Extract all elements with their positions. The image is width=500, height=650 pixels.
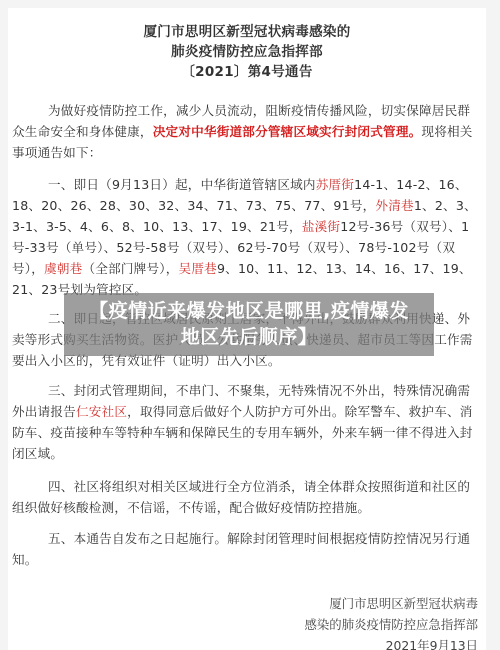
title-line-2: 肺炎疫情防控应急指挥部 [8, 42, 486, 62]
street-name: 外清巷 [375, 198, 413, 213]
signature-block: 厦门市思明区新型冠状病毒 感染的肺炎疫情防控应急指挥部 2021年9月13日 [305, 593, 478, 650]
notice-number: 〔2021〕第4号通告 [8, 62, 486, 82]
section-4: 四、社区将组织对相关区域进行全方位消杀，请全体群众按照街道和社区的组织做好核酸检… [12, 476, 480, 518]
section-1: 一、即日（9月13日）起，中华街道管辖区域内苏厝街14-1、14-2、16、18… [12, 174, 480, 300]
street-name: 苏厝街 [316, 177, 354, 192]
section-5: 五、本通告自发布之日起施行。解除封闭管理时间根据疫情防控情况另行通知。 [12, 528, 480, 570]
signature-date: 2021年9月13日 [305, 635, 478, 650]
headline-overlay-banner: 【疫情近来爆发地区是哪里,疫情爆发 地区先后顺序】 [64, 293, 434, 356]
street-name: 吴厝巷 [179, 261, 217, 276]
street-name: 盐溪街 [302, 219, 340, 234]
signature-line-1: 厦门市思明区新型冠状病毒 [305, 593, 478, 614]
closure-decision: 决定对中华街道部分管辖区域实行封闭式管理。 [153, 124, 422, 139]
intro-paragraph: 为做好疫情防控工作，减少人员流动，阻断疫情传播风险，切实保障居民群众生命安全和身… [12, 100, 480, 163]
community-name: 仁安社区 [76, 404, 127, 419]
section-3: 三、封闭式管理期间，不串门、不聚集，无特殊情况不外出，特殊情况确需外出请报告仁安… [12, 380, 480, 464]
document-header: 厦门市思明区新型冠状病毒感染的 肺炎疫情防控应急指挥部 〔2021〕第4号通告 [8, 22, 486, 82]
signature-line-2: 感染的肺炎疫情防控应急指挥部 [305, 614, 478, 635]
title-line-1: 厦门市思明区新型冠状病毒感染的 [8, 22, 486, 42]
overlay-line-1: 【疫情近来爆发地区是哪里,疫情爆发 [64, 298, 434, 324]
street-name: 虞朝巷 [44, 261, 82, 276]
overlay-line-2: 地区先后顺序】 [64, 324, 434, 350]
